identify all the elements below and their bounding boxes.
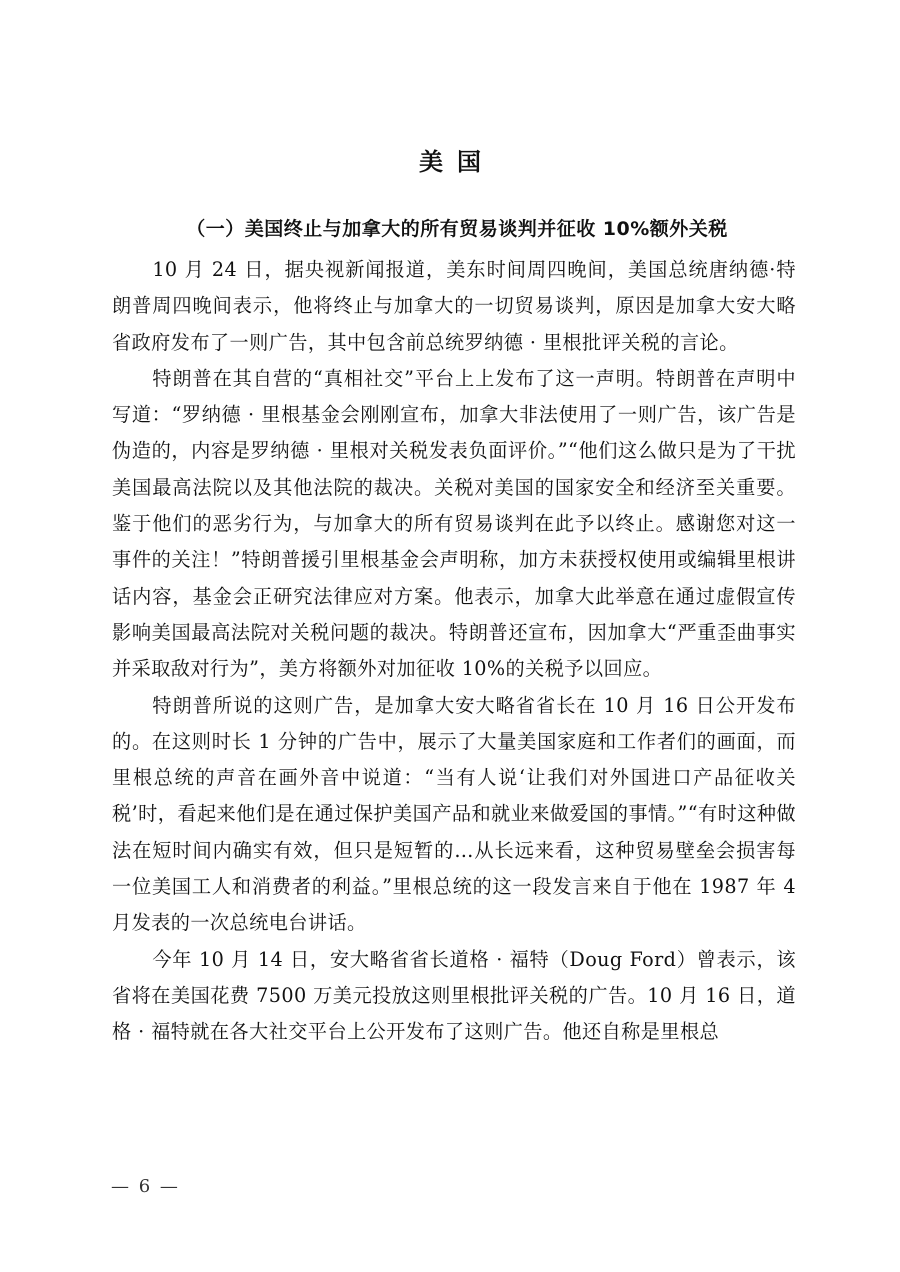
paragraph: 特朗普在其自营的“真相社交”平台上上发布了这一声明。特朗普在声明中写道：“罗纳德… (112, 361, 796, 688)
page-number: — 6 — (111, 1176, 180, 1197)
section-heading: （一）美国终止与加拿大的所有贸易谈判并征收 10%额外关税 (112, 214, 802, 241)
paragraph: 今年 10 月 14 日，安大略省省长道格 · 福特（Doug Ford）曾表示… (112, 942, 796, 1051)
document-body: 10 月 24 日，据央视新闻报道，美东时间周四晚间，美国总统唐纳德·特朗普周四… (112, 252, 796, 1051)
document-page: 美国 （一）美国终止与加拿大的所有贸易谈判并征收 10%额外关税 10 月 24… (0, 0, 900, 1272)
paragraph: 10 月 24 日，据央视新闻报道，美东时间周四晚间，美国总统唐纳德·特朗普周四… (112, 252, 796, 361)
paragraph: 特朗普所说的这则广告，是加拿大安大略省省长在 10 月 16 日公开发布的。在这… (112, 688, 796, 942)
page-title: 美国 (0, 142, 900, 177)
